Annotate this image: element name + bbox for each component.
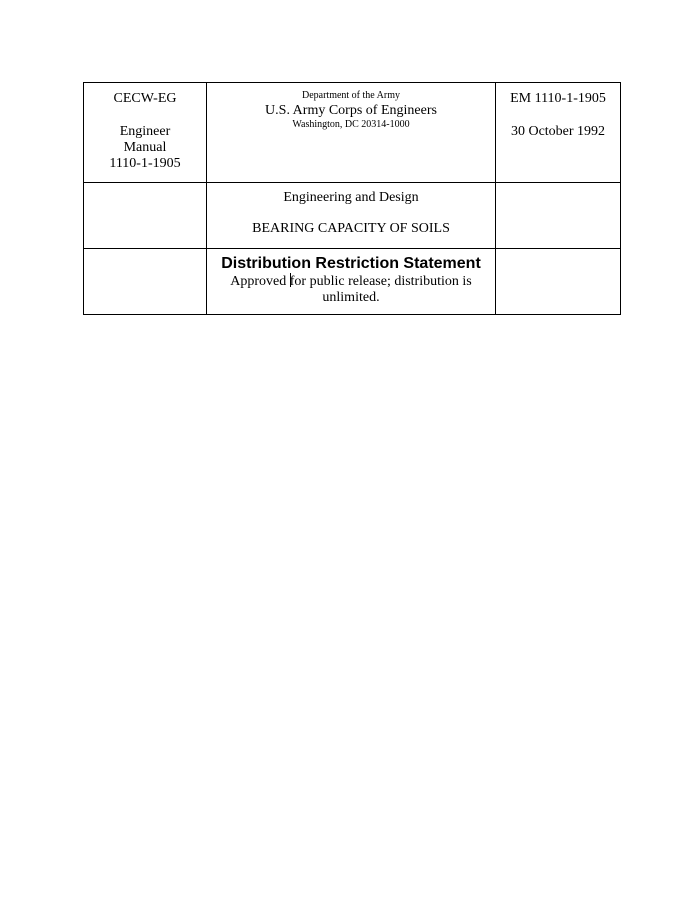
document-title: BEARING CAPACITY OF SOILS xyxy=(207,221,495,237)
empty-cell xyxy=(84,249,207,315)
empty-cell xyxy=(496,183,621,249)
office-code: CECW-EG xyxy=(84,91,206,107)
distribution-text[interactable]: Approved for public release; distributio… xyxy=(207,273,495,306)
empty-cell xyxy=(496,249,621,315)
document-page: CECW-EG Engineer Manual 1110-1-1905 Depa… xyxy=(0,0,698,905)
agency-cell: Department of the Army U.S. Army Corps o… xyxy=(207,83,496,183)
subject-category: Engineering and Design xyxy=(207,190,495,206)
document-date: 30 October 1992 xyxy=(496,124,620,140)
distribution-row: Distribution Restriction Statement Appro… xyxy=(84,249,621,315)
document-id: EM 1110-1-1905 xyxy=(496,91,620,107)
manual-type-line1: Engineer xyxy=(84,124,206,140)
manual-type-line2: Manual xyxy=(84,140,206,156)
distribution-text-part1: Approved xyxy=(230,274,290,289)
distribution-text-part2: for public release; distribution is unli… xyxy=(290,274,472,305)
department-name: Department of the Army xyxy=(207,90,495,102)
header-row: CECW-EG Engineer Manual 1110-1-1905 Depa… xyxy=(84,83,621,183)
empty-cell xyxy=(84,183,207,249)
manual-number: 1110-1-1905 xyxy=(84,156,206,172)
subject-cell: Engineering and Design BEARING CAPACITY … xyxy=(207,183,496,249)
distribution-cell[interactable]: Distribution Restriction Statement Appro… xyxy=(207,249,496,315)
agency-address: Washington, DC 20314-1000 xyxy=(207,119,495,131)
subject-row: Engineering and Design BEARING CAPACITY … xyxy=(84,183,621,249)
office-cell: CECW-EG Engineer Manual 1110-1-1905 xyxy=(84,83,207,183)
cover-header-table: CECW-EG Engineer Manual 1110-1-1905 Depa… xyxy=(83,82,621,315)
distribution-heading: Distribution Restriction Statement xyxy=(207,255,495,273)
agency-name: U.S. Army Corps of Engineers xyxy=(207,102,495,119)
document-id-cell: EM 1110-1-1905 30 October 1992 xyxy=(496,83,621,183)
